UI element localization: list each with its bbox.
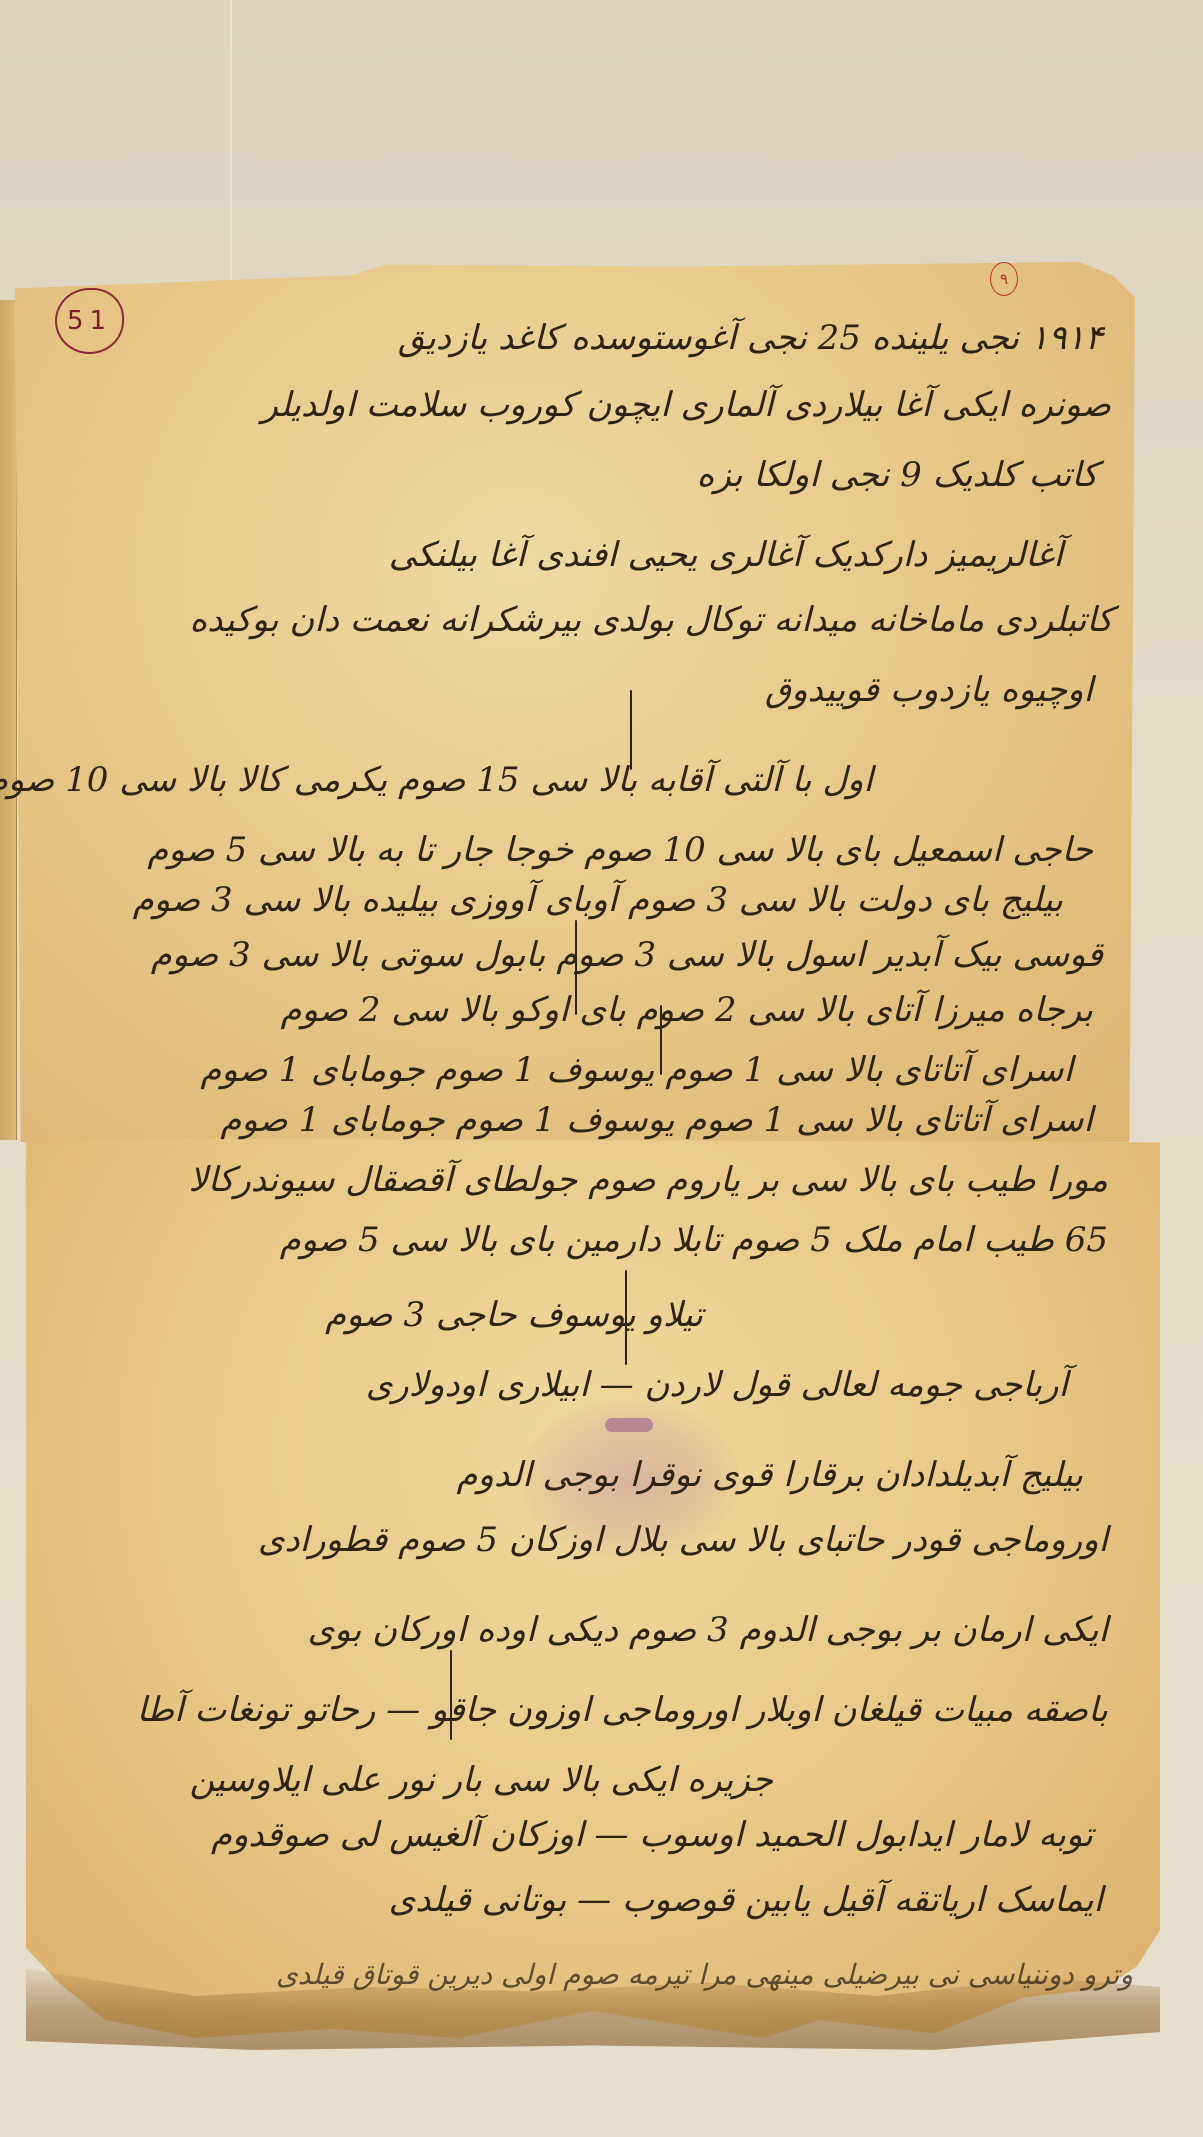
manuscript-line: آرباجی جومه لعالی قول لاردن — ابیلاری او… — [366, 1365, 1068, 1405]
background-fold-line — [230, 0, 232, 285]
manuscript-line: ۱۹۱۴ نجی یلینده 25 نجی آغوستوسده کاغد یا… — [398, 318, 1103, 358]
manuscript-line: اسرای آتاتای بالا سی 1 صوم یوسوف 1 صوم ج… — [220, 1100, 1093, 1140]
manuscript-line: ایکی ارمان بر بوجی الدوم 3 صوم دیکی اوده… — [308, 1610, 1108, 1650]
manuscript-line: اوچیوه یازدوب قوییدوق — [765, 670, 1093, 710]
folio-number-left: 51 — [55, 288, 124, 354]
manuscript-line: حاجی اسمعیل بای بالا سی 10 صوم خوجا جار … — [147, 830, 1093, 870]
manuscript-line: 65 طیب امام ملک 5 صوم تابلا دارمین بای ب… — [280, 1220, 1108, 1260]
pen-stroke — [575, 920, 577, 1015]
manuscript-line: ایماسک اریاتقه آقیل یابین قوصوب — بوتانی… — [389, 1880, 1103, 1920]
manuscript-line: قوسی بیک آبدیر اسول بالا سی 3 صوم بابول … — [151, 935, 1103, 975]
manuscript-line: بیلیج بای دولت بالا سی 3 صوم آوبای آووزی… — [133, 880, 1063, 920]
pen-stroke — [630, 690, 632, 770]
purple-ink-mark — [605, 1418, 653, 1432]
manuscript-line: اوروماجی قودر حاتبای بالا سی بلال اوزکان… — [258, 1520, 1108, 1560]
manuscript-line: توبه لامار ایدابول الحمید اوسوب — اوزکان… — [211, 1815, 1093, 1855]
manuscript-line: بیلیج آبدیلدادان برقارا قوی نوقرا بوجی ا… — [457, 1455, 1083, 1495]
manuscript-line: مورا طیب بای بالا سی بر یاروم صوم جولطای… — [188, 1160, 1108, 1200]
folio-number-right: ٩ — [990, 262, 1018, 296]
manuscript-line: باصقه مبیات قیلغان اوبلار اوروماجی اوزون… — [137, 1690, 1108, 1730]
manuscript-line: برجاه میرزا آتای بالا سی 2 صوم بای اوکو … — [281, 990, 1093, 1030]
manuscript-line: کاتب کلدیک 9 نجی اولکا بزه — [697, 455, 1098, 495]
manuscript-line: صونره ایکی آغا بیلاردی آلماری ایچون کورو… — [262, 385, 1112, 425]
manuscript-line: اسرای آتاتای بالا سی 1 صوم یوسوف 1 صوم ج… — [200, 1050, 1073, 1090]
manuscript-line: اول با آلتی آقابه بالا سی 15 صوم یکرمی ک… — [0, 760, 873, 800]
manuscript-line: جزیره ایکی بالا سی بار نور علی ایلاوسین — [190, 1760, 773, 1800]
pen-stroke — [450, 1650, 452, 1740]
adjacent-page-edge — [0, 300, 17, 1140]
pen-stroke — [660, 1005, 662, 1075]
manuscript-line: کاتبلردی ماماخانه میدانه توکال بولدی بیر… — [189, 600, 1113, 640]
manuscript-line: آغالریمیز دارکدیک آغالری یحیی افندی آغا … — [389, 535, 1063, 575]
manuscript-line: تیلاو یوسوف حاجی 3 صوم — [325, 1295, 703, 1335]
pen-stroke — [625, 1270, 627, 1365]
manuscript-line-faded: وترو دوننیاسی نی بیرضیلی مینهی مرا تیرمه… — [276, 1958, 1133, 1991]
